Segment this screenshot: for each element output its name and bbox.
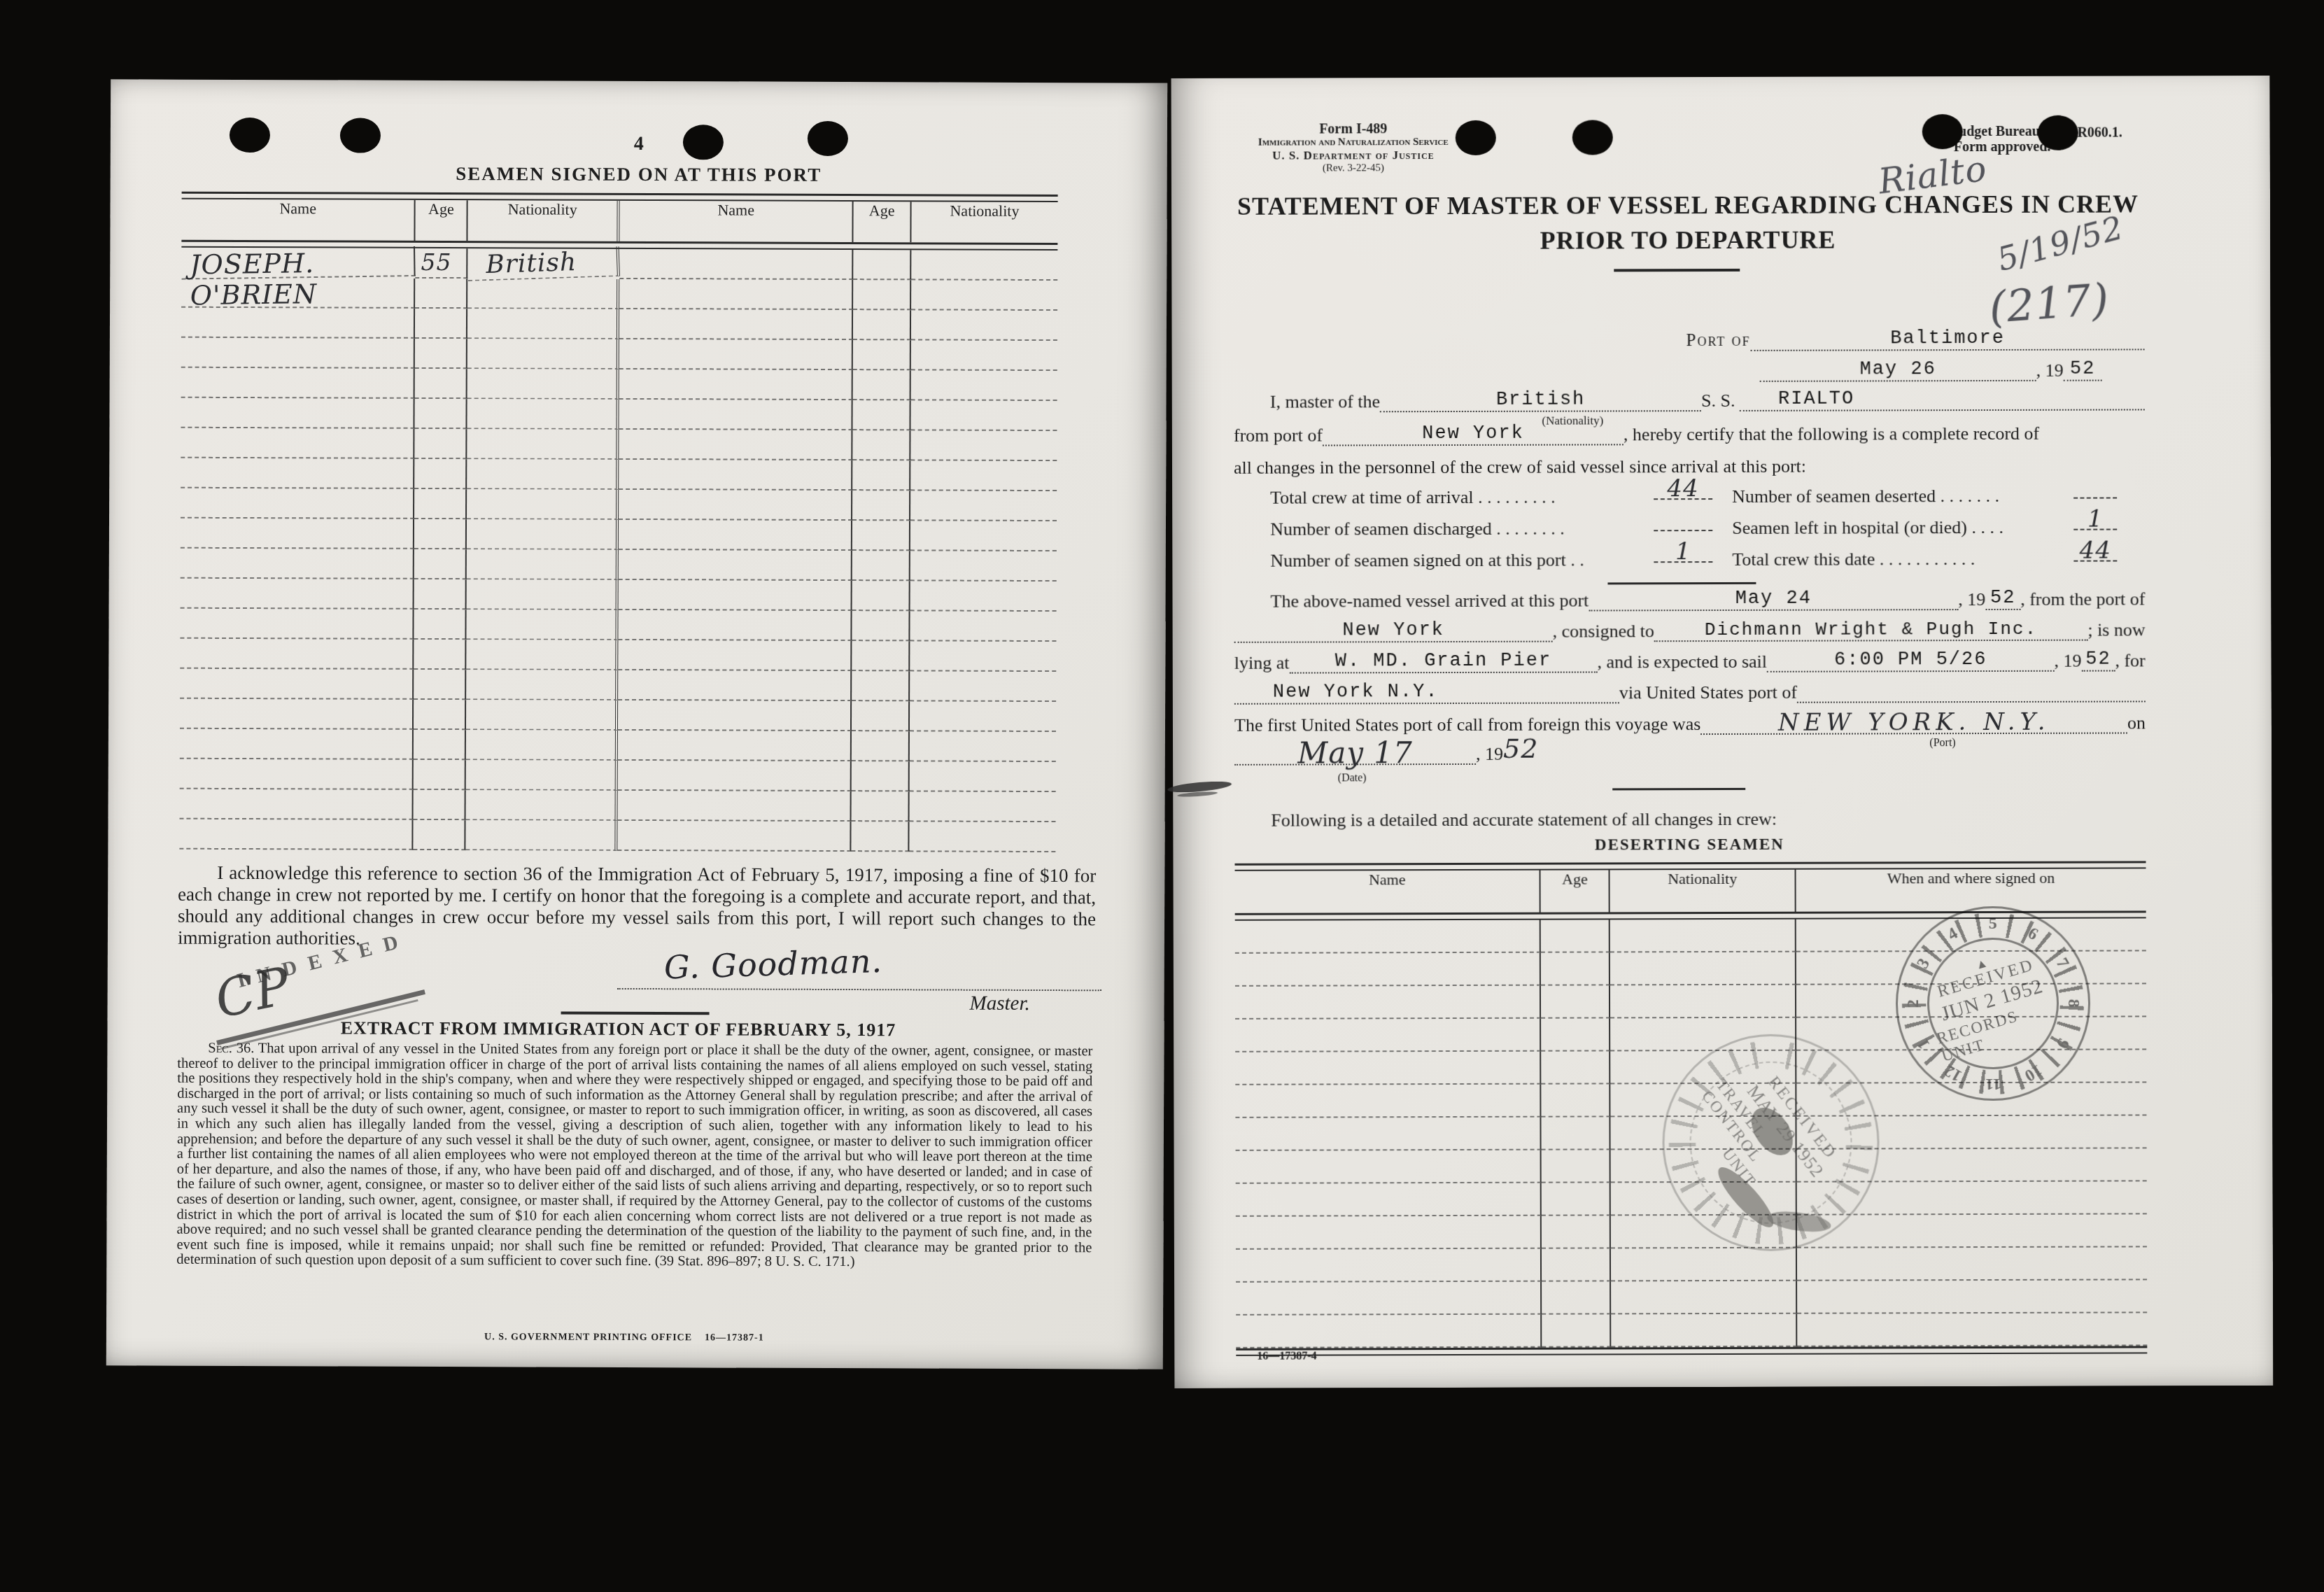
first-port-value: New York. N.Y. — [1700, 711, 2127, 735]
table-row — [181, 308, 1057, 341]
deserting-seamen-title: DESERTING SEAMEN — [1234, 834, 2144, 854]
consignee-value: Dichmann Wright & Pugh Inc. — [1654, 619, 2088, 642]
stamp-ring-number: 2 — [1904, 999, 1923, 1008]
table-row — [181, 549, 1057, 582]
punch-hole-icon — [683, 125, 724, 160]
form-number: 16—17387-1 — [705, 1332, 764, 1343]
annotation-number: (217) — [1987, 274, 2111, 333]
revision-line: (Rev. 3-22-45) — [1262, 162, 1444, 175]
stat-value — [1654, 506, 1712, 531]
column-header: When and where signed on — [1796, 868, 2146, 911]
table-header-row: Name Age Nationality When and where sign… — [1235, 868, 2146, 913]
column-header: Name — [619, 201, 853, 242]
stat-label: Number of seamen discharged . . . . . . … — [1270, 519, 1565, 540]
table-row — [180, 729, 1056, 762]
column-header: Nationality — [911, 202, 1057, 243]
arrival-from-value: New York — [1234, 620, 1553, 643]
table-row — [181, 579, 1057, 612]
date-sublabel: (Date) — [1310, 772, 1394, 784]
first-port-date-line: May 17 , 19 52 — [1234, 742, 1682, 766]
budget-number: -R060.1. — [2073, 125, 2122, 141]
received-records-stamp: 1 2 3 4 5 6 7 8 9 10 11 12 ▲ RECEIVED JU… — [1896, 906, 2091, 1101]
signature-line — [617, 964, 1101, 991]
port-of-value: Baltimore — [1751, 327, 2145, 351]
pier-value: W. MD. Grain Pier — [1289, 650, 1597, 673]
title-rule — [1614, 269, 1740, 272]
stamp-ring-number: 11 — [1985, 1073, 2001, 1092]
stamp-ring-number: 1 — [1914, 1035, 1934, 1052]
record-line: all changes in the personnel of the crew… — [1234, 456, 1806, 479]
seaman-nationality: British — [467, 246, 620, 281]
seaman-name: JOSEPH. O'BRIEN — [181, 246, 416, 280]
gpo-footer: U. S. GOVERNMENT PRINTING OFFICE 16—1738… — [400, 1332, 848, 1344]
stamp-ring-number: 8 — [2064, 999, 2083, 1008]
sail-time-value: 6:00 PM 5/26 — [1767, 649, 2054, 672]
first-port-date-value: May 17 — [1234, 742, 1476, 766]
table-row — [1236, 1280, 2147, 1315]
port-sublabel: (Port) — [1901, 737, 1985, 749]
table-row — [1236, 1313, 2147, 1348]
stamp-ring-number: 5 — [1989, 914, 1997, 933]
seaman-age: 55 — [416, 248, 468, 279]
punch-hole-icon — [1572, 120, 1613, 155]
indexed-stamp: INDEXED CP — [211, 945, 421, 1050]
empty-rows — [179, 278, 1057, 852]
from-port-line: from port of New York , hereby certify t… — [1234, 421, 2145, 446]
stamp-ring-number: 4 — [1945, 924, 1962, 945]
column-header: Nationality — [1610, 870, 1796, 913]
column-header: Nationality — [468, 200, 620, 241]
nationality-value: British — [1380, 389, 1701, 412]
on-word: on — [2127, 712, 2146, 733]
punch-hole-icon — [1456, 120, 1496, 155]
stamp-ring-number: 9 — [2052, 1035, 2072, 1052]
vessel-name-value: RIALTO — [1740, 388, 2145, 411]
punch-hole-icon — [808, 121, 848, 156]
divider-rule — [561, 1012, 710, 1015]
left-page: 4 SEAMEN SIGNED ON AT THIS PORT Name Age… — [106, 79, 1167, 1369]
agency-line: Immigration and Naturalization Service — [1213, 136, 1493, 149]
column-header: Age — [1541, 870, 1610, 912]
first-port-prefix: The first United States port of call fro… — [1234, 714, 1701, 736]
stamp-ring-number: 7 — [2052, 955, 2072, 972]
year-value: 52 — [2081, 649, 2115, 672]
table-row — [181, 458, 1057, 491]
master-line: I, master of the British S. S. RIALTO — [1270, 388, 2145, 412]
arrival-line-3: lying at W. MD. Grain Pier , and is expe… — [1234, 649, 2146, 673]
table-row — [180, 669, 1056, 702]
table-row — [1236, 1214, 2147, 1249]
arrival-text: , for — [2115, 650, 2145, 671]
scanned-document: 4 SEAMEN SIGNED ON AT THIS PORT Name Age… — [0, 0, 2324, 1592]
arrival-text: , consigned to — [1553, 621, 1654, 642]
stat-value: 44 — [2073, 537, 2117, 562]
master-prefix: I, master of the — [1270, 391, 1380, 412]
received-travel-stamp: RECEIVED MAY 29 1952 TRAVEL CONTROL UNIT — [1662, 1034, 1880, 1251]
divider-rule — [1612, 788, 1745, 790]
table-row — [181, 519, 1057, 551]
punch-hole-icon — [340, 118, 381, 153]
date-value: May 26 — [1760, 359, 2036, 382]
punch-hole-icon — [1922, 114, 1963, 149]
from-port-prefix: from port of — [1234, 425, 1323, 446]
table-header-row: Name Age Nationality Name Age Nationalit… — [181, 199, 1057, 243]
ss-label: S. S. — [1701, 390, 1735, 411]
following-line: Following is a detailed and accurate sta… — [1271, 809, 1777, 831]
gpo-imprint: U. S. GOVERNMENT PRINTING OFFICE — [484, 1332, 692, 1343]
first-port-line: The first United States port of call fro… — [1234, 711, 2146, 735]
table-row — [181, 488, 1057, 521]
column-header: Age — [416, 200, 468, 241]
punch-hole-icon — [230, 118, 270, 153]
indexed-stamp-monogram: CP — [210, 956, 295, 1030]
from-port-value: New York — [1323, 423, 1624, 446]
master-label: Master. — [970, 992, 1030, 1015]
table-row — [180, 699, 1056, 732]
year-prefix: , 19 — [2036, 360, 2064, 381]
column-header: Age — [854, 202, 912, 242]
stamp-ring-number: 3 — [1913, 955, 1934, 972]
stat-label: Number of seamen deserted . . . . . . . — [1732, 486, 1999, 507]
punch-hole-icon — [2038, 115, 2078, 150]
acknowledgment-paragraph: I acknowledge this reference to section … — [178, 862, 1096, 952]
document-title-line2: PRIOR TO DEPARTURE — [1233, 224, 2143, 255]
table-row — [181, 338, 1057, 371]
arrival-line-1: The above-named vessel arrived at this p… — [1234, 587, 2145, 612]
document-title-line1: STATEMENT OF MASTER OF VESSEL REGARDING … — [1233, 189, 2143, 220]
column-header: Name — [181, 199, 415, 241]
year-prefix: , 19 — [1476, 744, 1503, 765]
arrival-text: The above-named vessel arrived at this p… — [1234, 590, 1589, 612]
stat-value — [2073, 474, 2117, 499]
table-row — [180, 759, 1056, 792]
table-row — [181, 398, 1057, 431]
stamp-ring-number: 10 — [2021, 1060, 2045, 1085]
budget-bureau-label: Budget Bureau — [1950, 124, 2040, 140]
arrival-line-2: New York , consigned to Dichmann Wright … — [1234, 618, 2146, 642]
stat-label: Number of seamen signed on at this port … — [1270, 550, 1584, 572]
arrival-line-4: New York N.Y. via United States port of — [1234, 679, 2146, 704]
stat-label: Total crew this date . . . . . . . . . .… — [1732, 549, 1975, 570]
right-page: Form I-489 Immigration and Naturalizatio… — [1171, 76, 2274, 1388]
table-row — [180, 639, 1056, 672]
stat-value: 1 — [1654, 537, 1712, 563]
year-value: 52 — [1985, 588, 2020, 610]
blank-line — [1797, 700, 2146, 703]
sec36-text: That upon arrival of any vessel in the U… — [176, 1041, 1092, 1269]
year-value: 52 — [2064, 359, 2102, 381]
destination-value: New York N.Y. — [1234, 681, 1619, 704]
from-port-suffix: , hereby certify that the following is a… — [1624, 423, 2039, 446]
year-prefix: , 19 — [2054, 651, 2081, 672]
page-number: 4 — [614, 133, 663, 155]
sec36-paragraph: Sec. 36. That upon arrival of any vessel… — [176, 1041, 1092, 1271]
stat-label: Seamen left in hospital (or died) . . . … — [1732, 517, 2003, 539]
table-row — [180, 609, 1056, 642]
table-row — [180, 789, 1056, 822]
stat-label: Total crew at time of arrival . . . . . … — [1270, 487, 1556, 509]
arrival-date-value: May 24 — [1589, 588, 1958, 611]
form-id: Form I-489 — [1276, 121, 1430, 138]
stat-value: 1 — [2073, 505, 2117, 530]
department-line: U. S. Department of Justice — [1213, 148, 1493, 163]
arrival-text: via United States port of — [1619, 682, 1797, 704]
table-row — [181, 368, 1057, 401]
arrival-text: , and is expected to sail — [1597, 651, 1767, 673]
stamp-ring-number: 6 — [2024, 924, 2041, 944]
first-port-year-value: 52 — [1503, 738, 1538, 759]
page-title: SEAMEN SIGNED ON AT THIS PORT — [355, 163, 922, 187]
table-row — [179, 819, 1055, 852]
date-line: May 26 , 19 52 — [1760, 358, 2145, 381]
year-prefix: , 19 — [1958, 589, 1985, 610]
table-row — [181, 428, 1057, 461]
arrival-text: , from the port of — [2020, 589, 2145, 610]
arrival-text: lying at — [1234, 653, 1290, 674]
divider-rule — [1607, 582, 1756, 585]
column-header: Name — [1235, 871, 1542, 913]
seamen-signed-on-table: Name Age Nationality Name Age Nationalit… — [179, 192, 1057, 852]
table-row-entry: JOSEPH. O'BRIEN 55 British — [181, 248, 1057, 281]
form-number-footer: 16—17387-4 — [1257, 1351, 1316, 1363]
port-of-label: Port of — [1686, 330, 1750, 351]
stat-value: 44 — [1654, 474, 1712, 500]
arrival-text: ; is now — [2087, 619, 2145, 640]
port-of-line: Port of Baltimore — [1686, 327, 2144, 351]
table-row — [1236, 1247, 2147, 1282]
